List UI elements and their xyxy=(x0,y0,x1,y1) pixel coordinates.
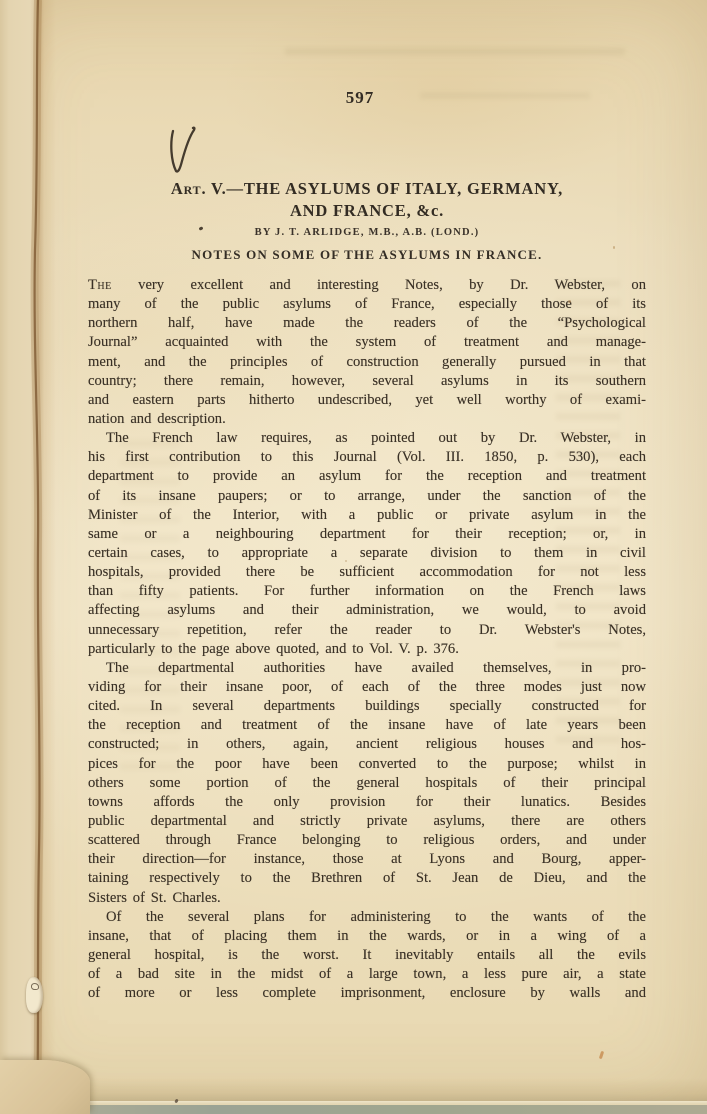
text-line: towns affords the only provision for the… xyxy=(88,793,646,812)
text-line: northern half, have made the readers of … xyxy=(88,314,646,333)
text-line: cited. In several departments buildings … xyxy=(88,697,646,716)
text-line: ment, and the principles of construction… xyxy=(88,353,646,372)
text-line: department to provide an asylum for the … xyxy=(88,467,646,486)
paragraph: The French law requires, as pointed out … xyxy=(88,429,646,659)
foxing-speck xyxy=(613,246,615,249)
scanned-book-page: 597 Art. V.—THE ASYLUMS OF ITALY, GERMAN… xyxy=(0,0,707,1114)
text-line: The French law requires, as pointed out … xyxy=(88,429,646,448)
text-line: The departmental authorities have availe… xyxy=(88,659,646,678)
section-heading: NOTES ON SOME OF THE ASYLUMS IN FRANCE. xyxy=(74,247,660,263)
text-line: viding for their insane poor, of each of… xyxy=(88,678,646,697)
text-line: constructed; in others, again, ancient r… xyxy=(88,735,646,754)
foxing-speck xyxy=(92,307,94,309)
text-line: others some portion of the general hospi… xyxy=(88,774,646,793)
lead-small-caps: The xyxy=(88,277,112,293)
text-line: particularly to the page above quoted, a… xyxy=(88,640,646,659)
text-line: his first contribution to this Journal (… xyxy=(88,448,646,467)
text-line: certain cases, to appropriate a separate… xyxy=(88,544,646,563)
paragraph: The departmental authorities have availe… xyxy=(88,659,646,908)
article-title-line1: Art. V.—THE ASYLUMS OF ITALY, GERMANY, xyxy=(74,179,660,199)
paragraph: Of the several plans for administering t… xyxy=(88,908,646,1004)
text-line: their direction—for instance, those at L… xyxy=(88,850,646,869)
handwritten-checkmark xyxy=(163,123,203,181)
text-line: affecting asylums and their administrati… xyxy=(88,601,646,620)
desk-surface-strip xyxy=(0,1105,707,1114)
text-line: unnecessary repetition, refer the reader… xyxy=(88,621,646,640)
text-line: hospitals, provided there be sufficient … xyxy=(88,563,646,582)
text-line: taining respectively to the Brethren of … xyxy=(88,869,646,888)
article-title-line2: AND FRANCE, &c. xyxy=(74,201,660,221)
foxing-speck xyxy=(345,560,347,562)
text-line: Sisters of St. Charles. xyxy=(88,889,646,908)
text-line: public departmental and strictly private… xyxy=(88,812,646,831)
foxing-speck xyxy=(568,300,571,303)
article-byline: BY J. T. ARLIDGE, M.B., A.B. (LOND.) xyxy=(74,227,660,238)
paper-chip-tear xyxy=(26,977,43,1013)
text-line: The very excellent and interesting Notes… xyxy=(88,276,646,295)
body-text: The very excellent and interesting Notes… xyxy=(88,276,646,1003)
text-line: and eastern parts hitherto undescribed, … xyxy=(88,391,646,410)
text-line: of its insane paupers; or to arrange, un… xyxy=(88,487,646,506)
text-line: Of the several plans for administering t… xyxy=(88,908,646,927)
text-line: pices for the poor have been converted t… xyxy=(88,755,646,774)
text-line: scattered through France belonging to re… xyxy=(88,831,646,850)
text-line: Minister of the Interior, with a public … xyxy=(88,506,646,525)
binding-crease xyxy=(8,0,68,1114)
text-line: country; there remain, however, several … xyxy=(88,372,646,391)
text-line: Journal” acquainted with the system of t… xyxy=(88,333,646,352)
text-line: many of the public asylums of France, es… xyxy=(88,295,646,314)
text-line: general hospital, is the worst. It inevi… xyxy=(88,946,646,965)
text-line: insane, that of placing them in the ward… xyxy=(88,927,646,946)
text-line: same or a neighbouring department for th… xyxy=(88,525,646,544)
page-number: 597 xyxy=(70,88,650,108)
text-line: the reception and treatment of the insan… xyxy=(88,716,646,735)
under-page-bottom-corner xyxy=(0,1060,90,1114)
text-line: of a bad site in the midst of a large to… xyxy=(88,965,646,984)
paragraph: The very excellent and interesting Notes… xyxy=(88,276,646,429)
text-line: than fifty patients. For further informa… xyxy=(88,582,646,601)
text-line: nation and description. xyxy=(88,410,646,429)
text-line: of more or less complete imprisonment, e… xyxy=(88,984,646,1003)
